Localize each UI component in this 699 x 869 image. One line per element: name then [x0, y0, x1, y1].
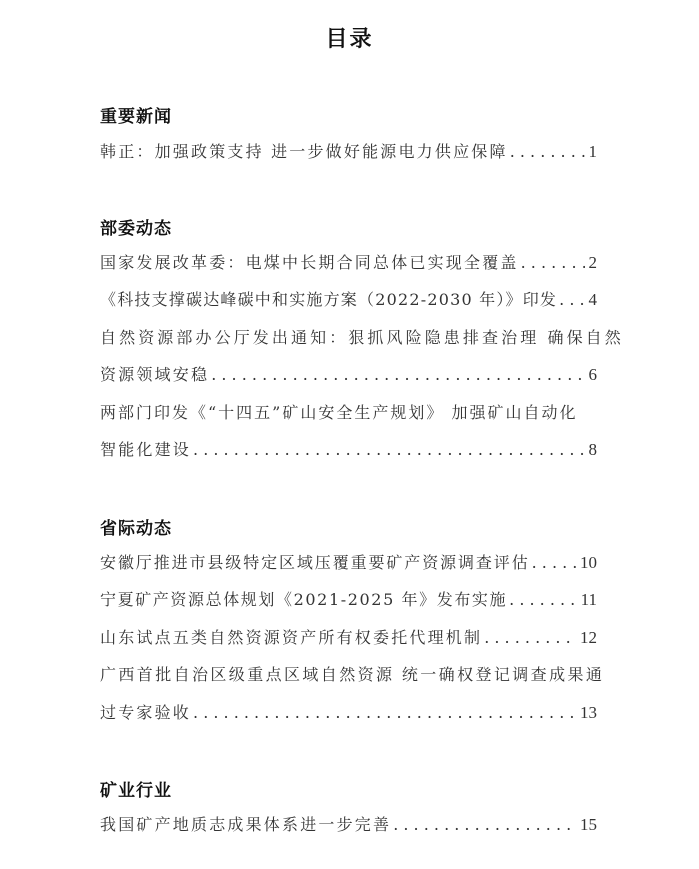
- toc-entry[interactable]: 安徽厅推进市县级特定区域压覆重要矿产资源调查评估 10: [100, 551, 597, 575]
- leader-dots: [521, 251, 585, 275]
- toc-entry-page: 4: [589, 288, 598, 312]
- leader-dots: [559, 288, 584, 312]
- toc-entry[interactable]: 《科技支撑碳达峰碳中和实施方案（2022-2030 年）》印发 4: [100, 288, 597, 312]
- section-heading-mining-industry: 矿业行业: [100, 776, 172, 801]
- toc-entry[interactable]: 过专家验收 13: [100, 701, 597, 725]
- toc-entry[interactable]: 智能化建设 8: [100, 438, 597, 462]
- leader-dots: [509, 588, 576, 612]
- toc-entry-line1[interactable]: 广西首批自治区级重点区域自然资源 统一确权登记调查成果通: [100, 663, 597, 687]
- toc-entry-title: 我国矿产地质志成果体系进一步完善: [100, 813, 391, 837]
- toc-entry-title: 安徽厅推进市县级特定区域压覆重要矿产资源调查评估: [100, 551, 530, 575]
- toc-entry[interactable]: 韩正：加强政策支持 进一步做好能源电力供应保障 1: [100, 140, 597, 164]
- toc-entry-title: 国家发展改革委：电煤中长期合同总体已实现全覆盖: [100, 251, 519, 275]
- toc-entry-title-line1: 两部门印发《“十四五”矿山安全生产规划》 加强矿山自动化: [100, 401, 577, 425]
- toc-entry-title: 智能化建设: [100, 438, 191, 462]
- toc-entry-title: 资源领域安稳: [100, 363, 209, 387]
- toc-entry[interactable]: 国家发展改革委：电煤中长期合同总体已实现全覆盖 2: [100, 251, 597, 275]
- toc-entry[interactable]: 我国矿产地质志成果体系进一步完善 15: [100, 813, 597, 837]
- toc-entry-page: 15: [580, 813, 597, 837]
- section-heading-important-news: 重要新闻: [100, 102, 172, 127]
- toc-entry-page: 1: [589, 140, 598, 164]
- toc-entry[interactable]: 山东试点五类自然资源资产所有权委托代理机制 12: [100, 626, 597, 650]
- toc-entry-title-line1: 自然资源部办公厅发出通知：狠抓风险隐患排查治理 确保自然: [100, 326, 624, 350]
- toc-entry-page: 10: [580, 551, 597, 575]
- toc-entry-title: 山东试点五类自然资源资产所有权委托代理机制: [100, 626, 482, 650]
- leader-dots: [532, 551, 576, 575]
- toc-entry[interactable]: 资源领域安稳 6: [100, 363, 597, 387]
- leader-dots: [393, 813, 576, 837]
- toc-entry-page: 2: [589, 251, 598, 275]
- page-title: 目录: [0, 22, 699, 53]
- toc-entry-line1[interactable]: 自然资源部办公厅发出通知：狠抓风险隐患排查治理 确保自然: [100, 326, 597, 350]
- toc-entry-page: 13: [580, 701, 597, 725]
- toc-entry-title: 过专家验收: [100, 701, 191, 725]
- toc-entry[interactable]: 宁夏矿产资源总体规划《2021-2025 年》发布实施 11: [100, 588, 597, 612]
- toc-entry-line1[interactable]: 两部门印发《“十四五”矿山安全生产规划》 加强矿山自动化: [100, 401, 597, 425]
- toc-entry-page: 11: [581, 588, 597, 612]
- toc-entry-page: 6: [589, 363, 598, 387]
- section-heading-provincial-news: 省际动态: [100, 514, 172, 539]
- leader-dots: [193, 438, 584, 462]
- leader-dots: [211, 363, 584, 387]
- toc-entry-page: 12: [580, 626, 597, 650]
- toc-entry-title: 宁夏矿产资源总体规划《2021-2025 年》发布实施: [100, 588, 507, 612]
- leader-dots: [484, 626, 576, 650]
- toc-entry-page: 8: [589, 438, 598, 462]
- toc-entry-title: 韩正：加强政策支持 进一步做好能源电力供应保障: [100, 140, 508, 164]
- leader-dots: [193, 701, 576, 725]
- toc-entry-title-line1: 广西首批自治区级重点区域自然资源 统一确权登记调查成果通: [100, 663, 604, 687]
- section-heading-ministry-news: 部委动态: [100, 214, 172, 239]
- leader-dots: [510, 140, 585, 164]
- toc-entry-title: 《科技支撑碳达峰碳中和实施方案（2022-2030 年）》印发: [100, 288, 557, 312]
